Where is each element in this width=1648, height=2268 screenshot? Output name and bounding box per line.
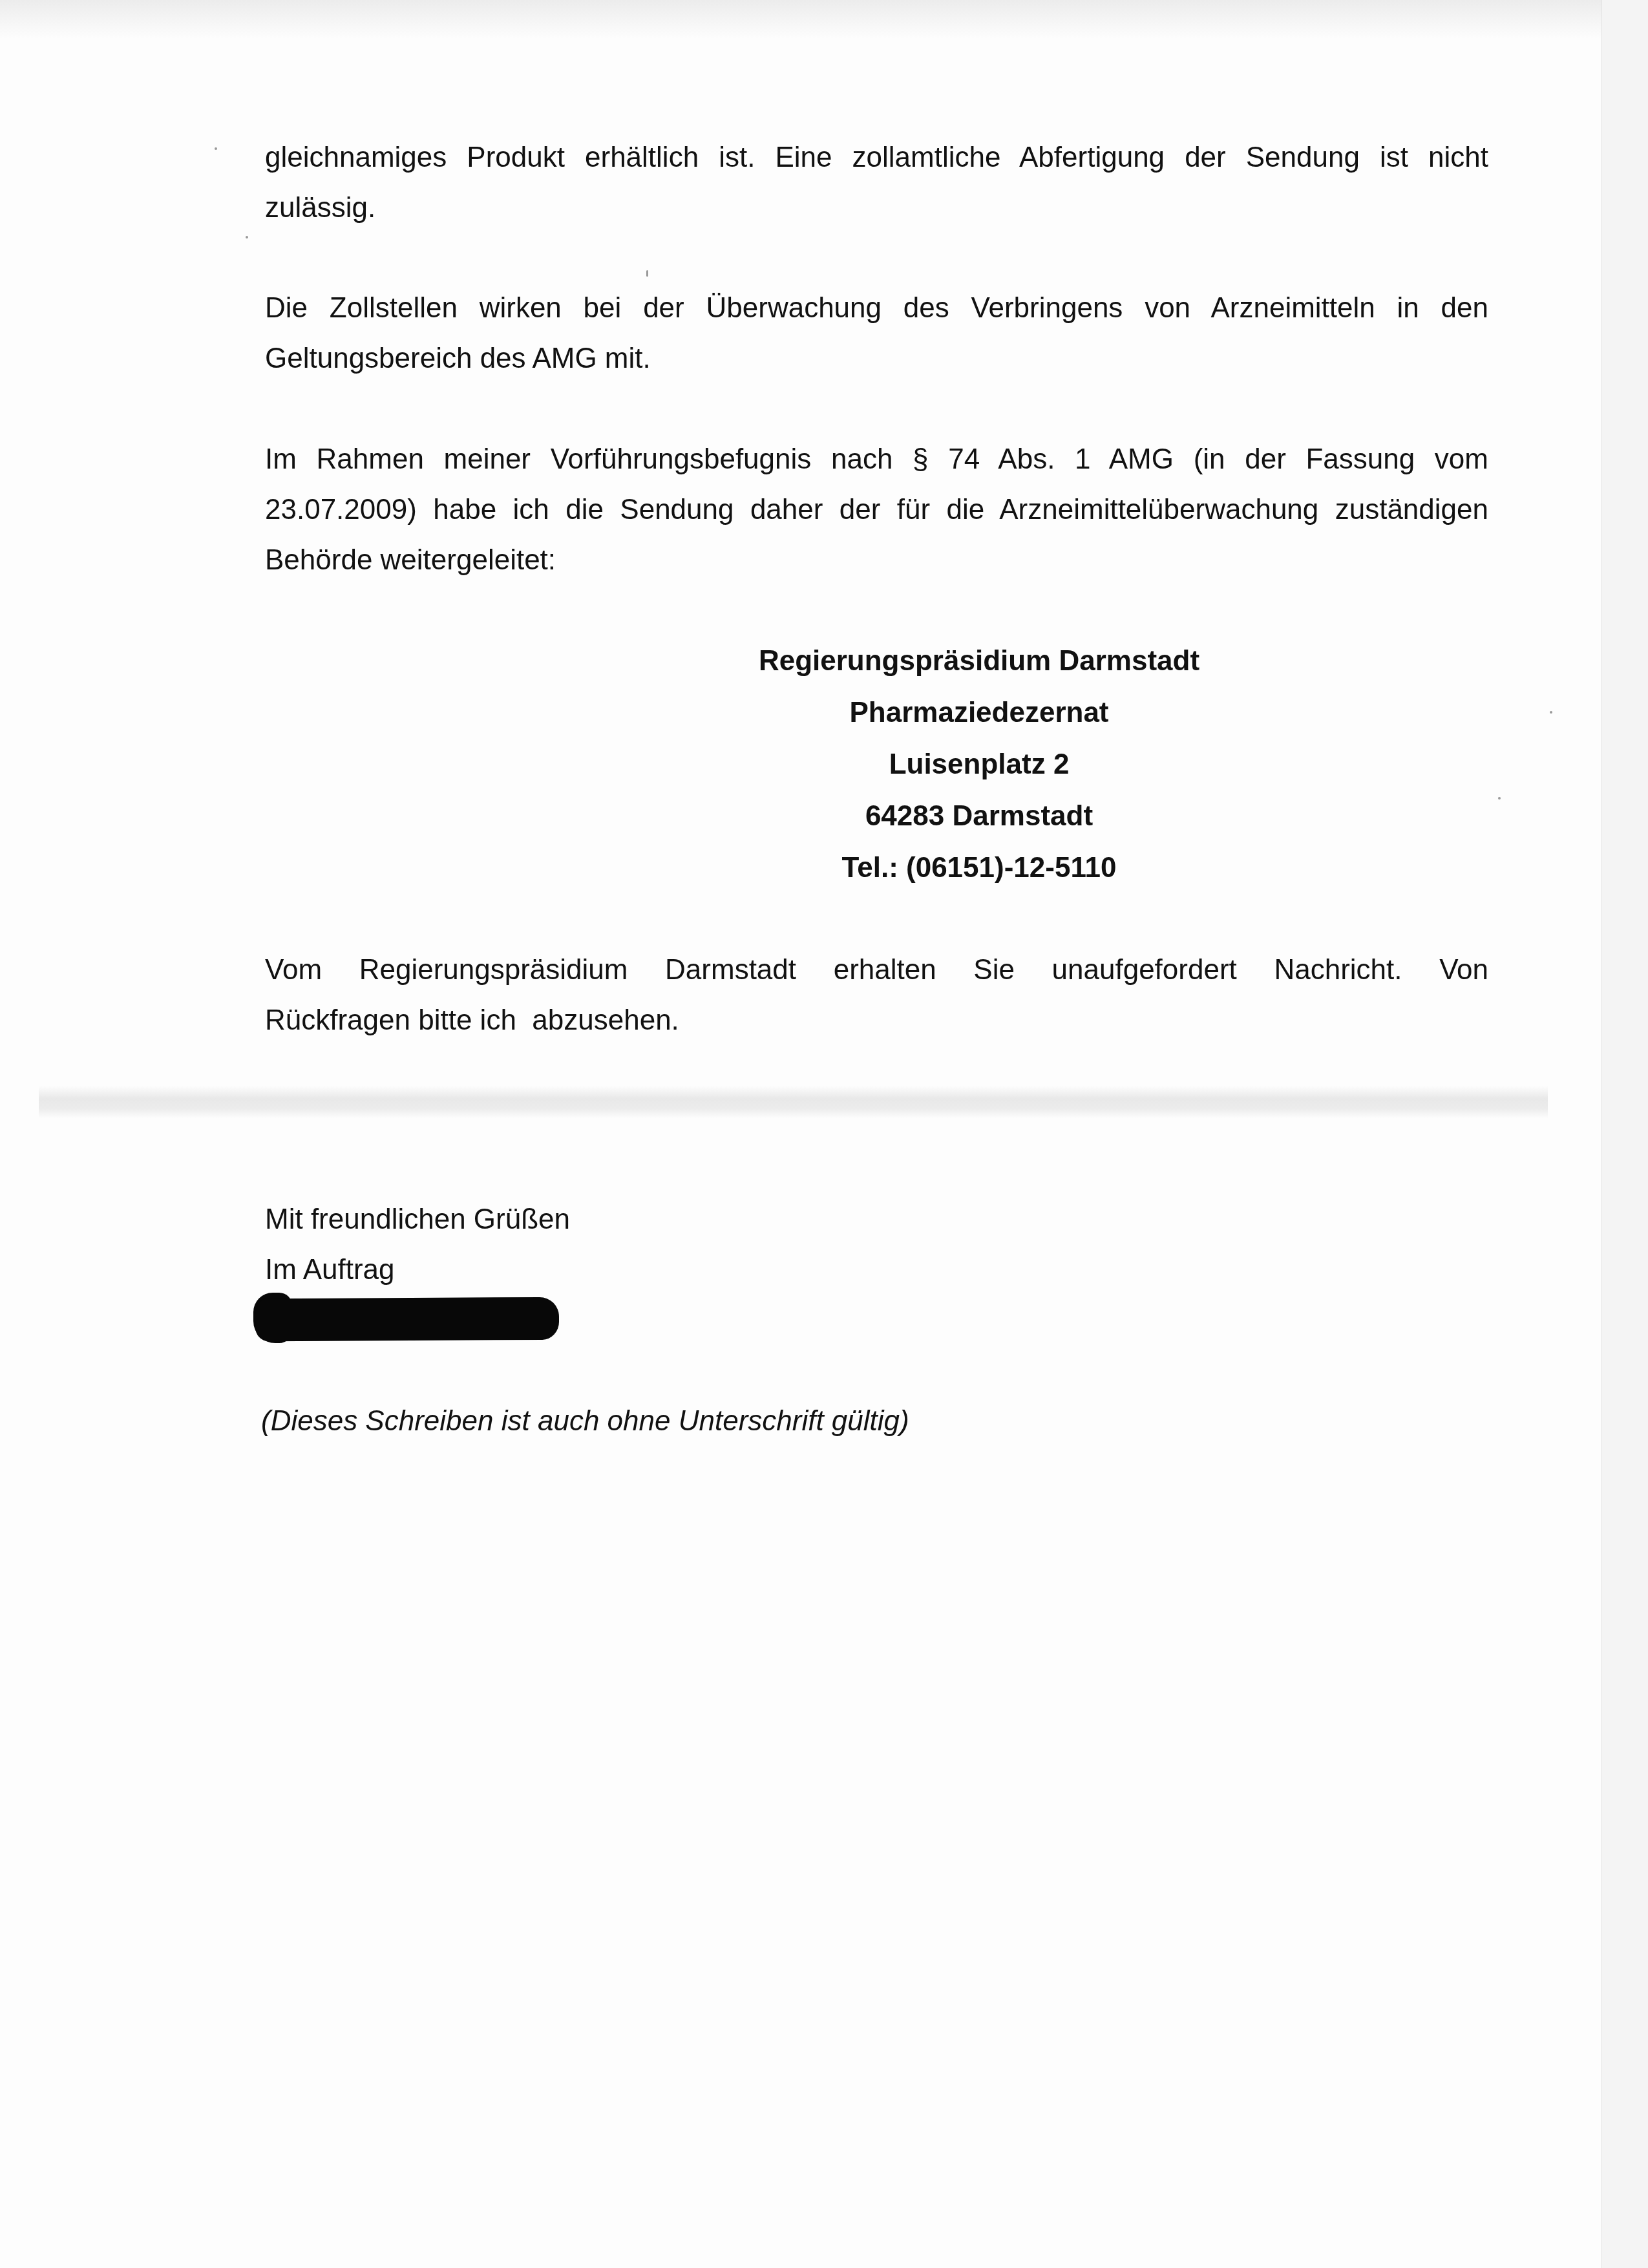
authority-phone: Tel.: (06151)-12-5110 [582, 842, 1377, 894]
closing-greeting: Mit freundlichen Grüßen [265, 1194, 570, 1245]
paragraph-line: Geltungsbereich des AMG mit. [265, 334, 1488, 384]
scan-speck [246, 236, 248, 238]
closing-on-behalf: Im Auftrag [265, 1245, 570, 1295]
paragraph-customs-clearance: gleichnamiges Produkt erhältlich ist. Ei… [265, 132, 1488, 233]
authority-name: Regierungspräsidium Darmstadt [582, 635, 1377, 687]
validity-note: (Dieses Schreiben ist auch ohne Untersch… [261, 1396, 909, 1447]
paragraph-line: Behörde weitergeleitet: [265, 535, 1488, 586]
scan-speck [646, 270, 648, 277]
document-page: gleichnamiges Produkt erhältlich ist. Ei… [0, 0, 1601, 2268]
paragraph-line: Im Rahmen meiner Vorführungsbefugnis nac… [265, 434, 1488, 485]
authority-city: 64283 Darmstadt [582, 790, 1377, 842]
scan-artifact-band [39, 1086, 1548, 1118]
paragraph-line: Die Zollstellen wirken bei der Überwachu… [265, 283, 1488, 334]
paragraph-line: 23.07.2009) habe ich die Sendung daher d… [265, 485, 1488, 535]
authority-address-block: Regierungspräsidium Darmstadt Pharmazied… [582, 635, 1377, 894]
authority-street: Luisenplatz 2 [582, 739, 1377, 790]
scan-speck [1550, 711, 1552, 714]
paragraph-line: Vom Regierungspräsidium Darmstadt erhalt… [265, 945, 1488, 995]
scan-speck [215, 147, 217, 150]
paragraph-notification: Vom Regierungspräsidium Darmstadt erhalt… [265, 945, 1488, 1046]
paragraph-line: gleichnamiges Produkt erhältlich ist. Ei… [265, 132, 1488, 183]
paragraph-customs-offices: Die Zollstellen wirken bei der Überwachu… [265, 283, 1488, 384]
signature-redaction-bar [255, 1297, 559, 1341]
paragraph-line: Rückfragen bitte ich abzusehen. [265, 995, 1488, 1046]
scan-shadow-top [0, 0, 1601, 39]
scan-speck [1498, 797, 1501, 800]
scan-edge [1601, 0, 1648, 2268]
paragraph-line: zulässig. [265, 183, 1488, 233]
authority-department: Pharmaziedezernat [582, 687, 1377, 739]
paragraph-forwarding: Im Rahmen meiner Vorführungsbefugnis nac… [265, 434, 1488, 586]
closing-block: Mit freundlichen Grüßen Im Auftrag [265, 1194, 570, 1295]
